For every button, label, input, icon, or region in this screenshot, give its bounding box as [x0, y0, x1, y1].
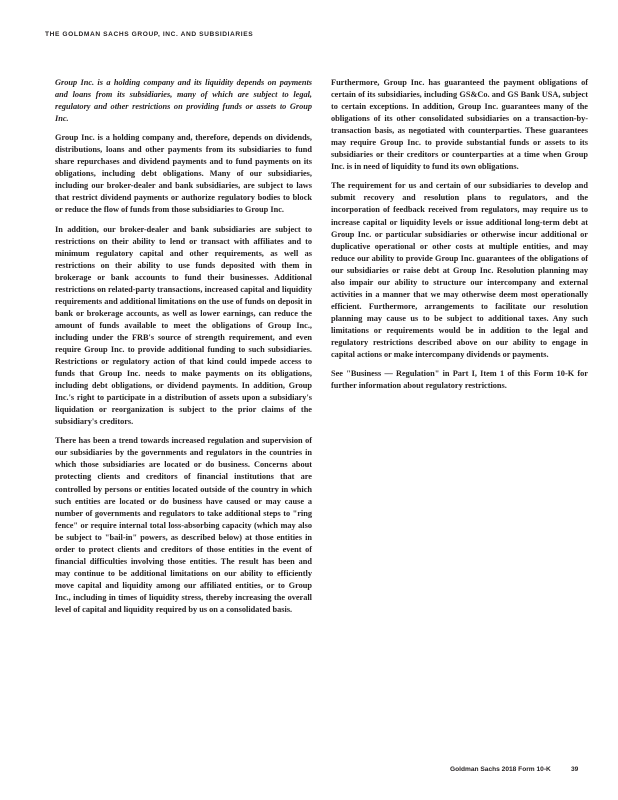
page-footer: Goldman Sachs 2018 Form 10-K 39 [0, 766, 618, 780]
right-column: Furthermore, Group Inc. has guaranteed t… [331, 77, 588, 399]
running-header: The Goldman Sachs Group, Inc. and Subsid… [45, 31, 253, 38]
left-column: Group Inc. is a holding company and its … [55, 77, 312, 623]
body-paragraph: There has been a trend towards increased… [55, 435, 312, 616]
body-paragraph: Group Inc. is a holding company and, the… [55, 132, 312, 216]
body-paragraph: In addition, our broker-dealer and bank … [55, 224, 312, 429]
body-paragraph: The requirement for us and certain of ou… [331, 180, 588, 361]
body-paragraph: Furthermore, Group Inc. has guaranteed t… [331, 77, 588, 173]
footer-report-name: Goldman Sachs 2018 Form 10-K [450, 766, 551, 773]
risk-factor-heading: Group Inc. is a holding company and its … [55, 77, 312, 125]
page-number: 39 [571, 766, 578, 773]
cross-reference-paragraph: See "Business — Regulation" in Part I, I… [331, 368, 588, 392]
